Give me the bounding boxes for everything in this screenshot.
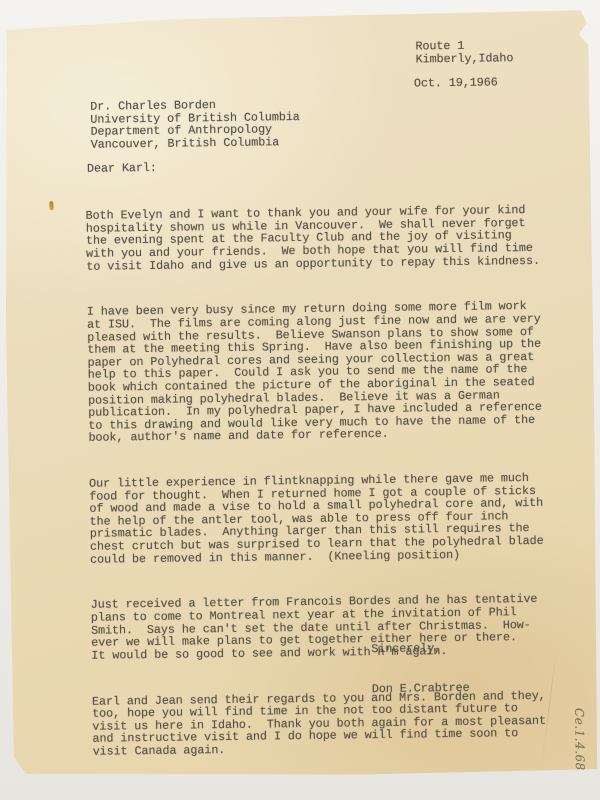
recipient-address: Dr. Charles Borden University of British… [90,98,300,151]
salutation: Dear Karl: [87,162,157,176]
archival-annotation: Ce.1.4.68 [572,708,587,771]
body-paragraph: Earl and Jean send their regards to you … [92,689,575,758]
signature-name: Don E.Crabtree [372,682,470,696]
letter-page: Route 1 Kimberly,Idaho Oct. 19,1966 Dr. … [1,10,599,780]
body-paragraph: Our little experience in flintknapping w… [89,472,572,566]
body-paragraph: Both Evelyn and I want to thank you and … [86,204,569,273]
letter-date: Oct. 19,1966 [414,76,498,90]
letter-body: Both Evelyn and I want to thank you and … [85,178,575,791]
sender-address: Route 1 Kimberly,Idaho [415,39,513,65]
body-paragraph: I have been very busy since my return do… [87,300,571,445]
ink-spot [49,201,54,210]
scanned-letter-screenshot: Route 1 Kimberly,Idaho Oct. 19,1966 Dr. … [0,0,600,800]
body-paragraph: Just received a letter from Francois Bor… [91,593,574,662]
margin-annotation-wrap: Ce.1.4.68 [534,694,600,785]
closing: Sincerely, [371,642,441,656]
